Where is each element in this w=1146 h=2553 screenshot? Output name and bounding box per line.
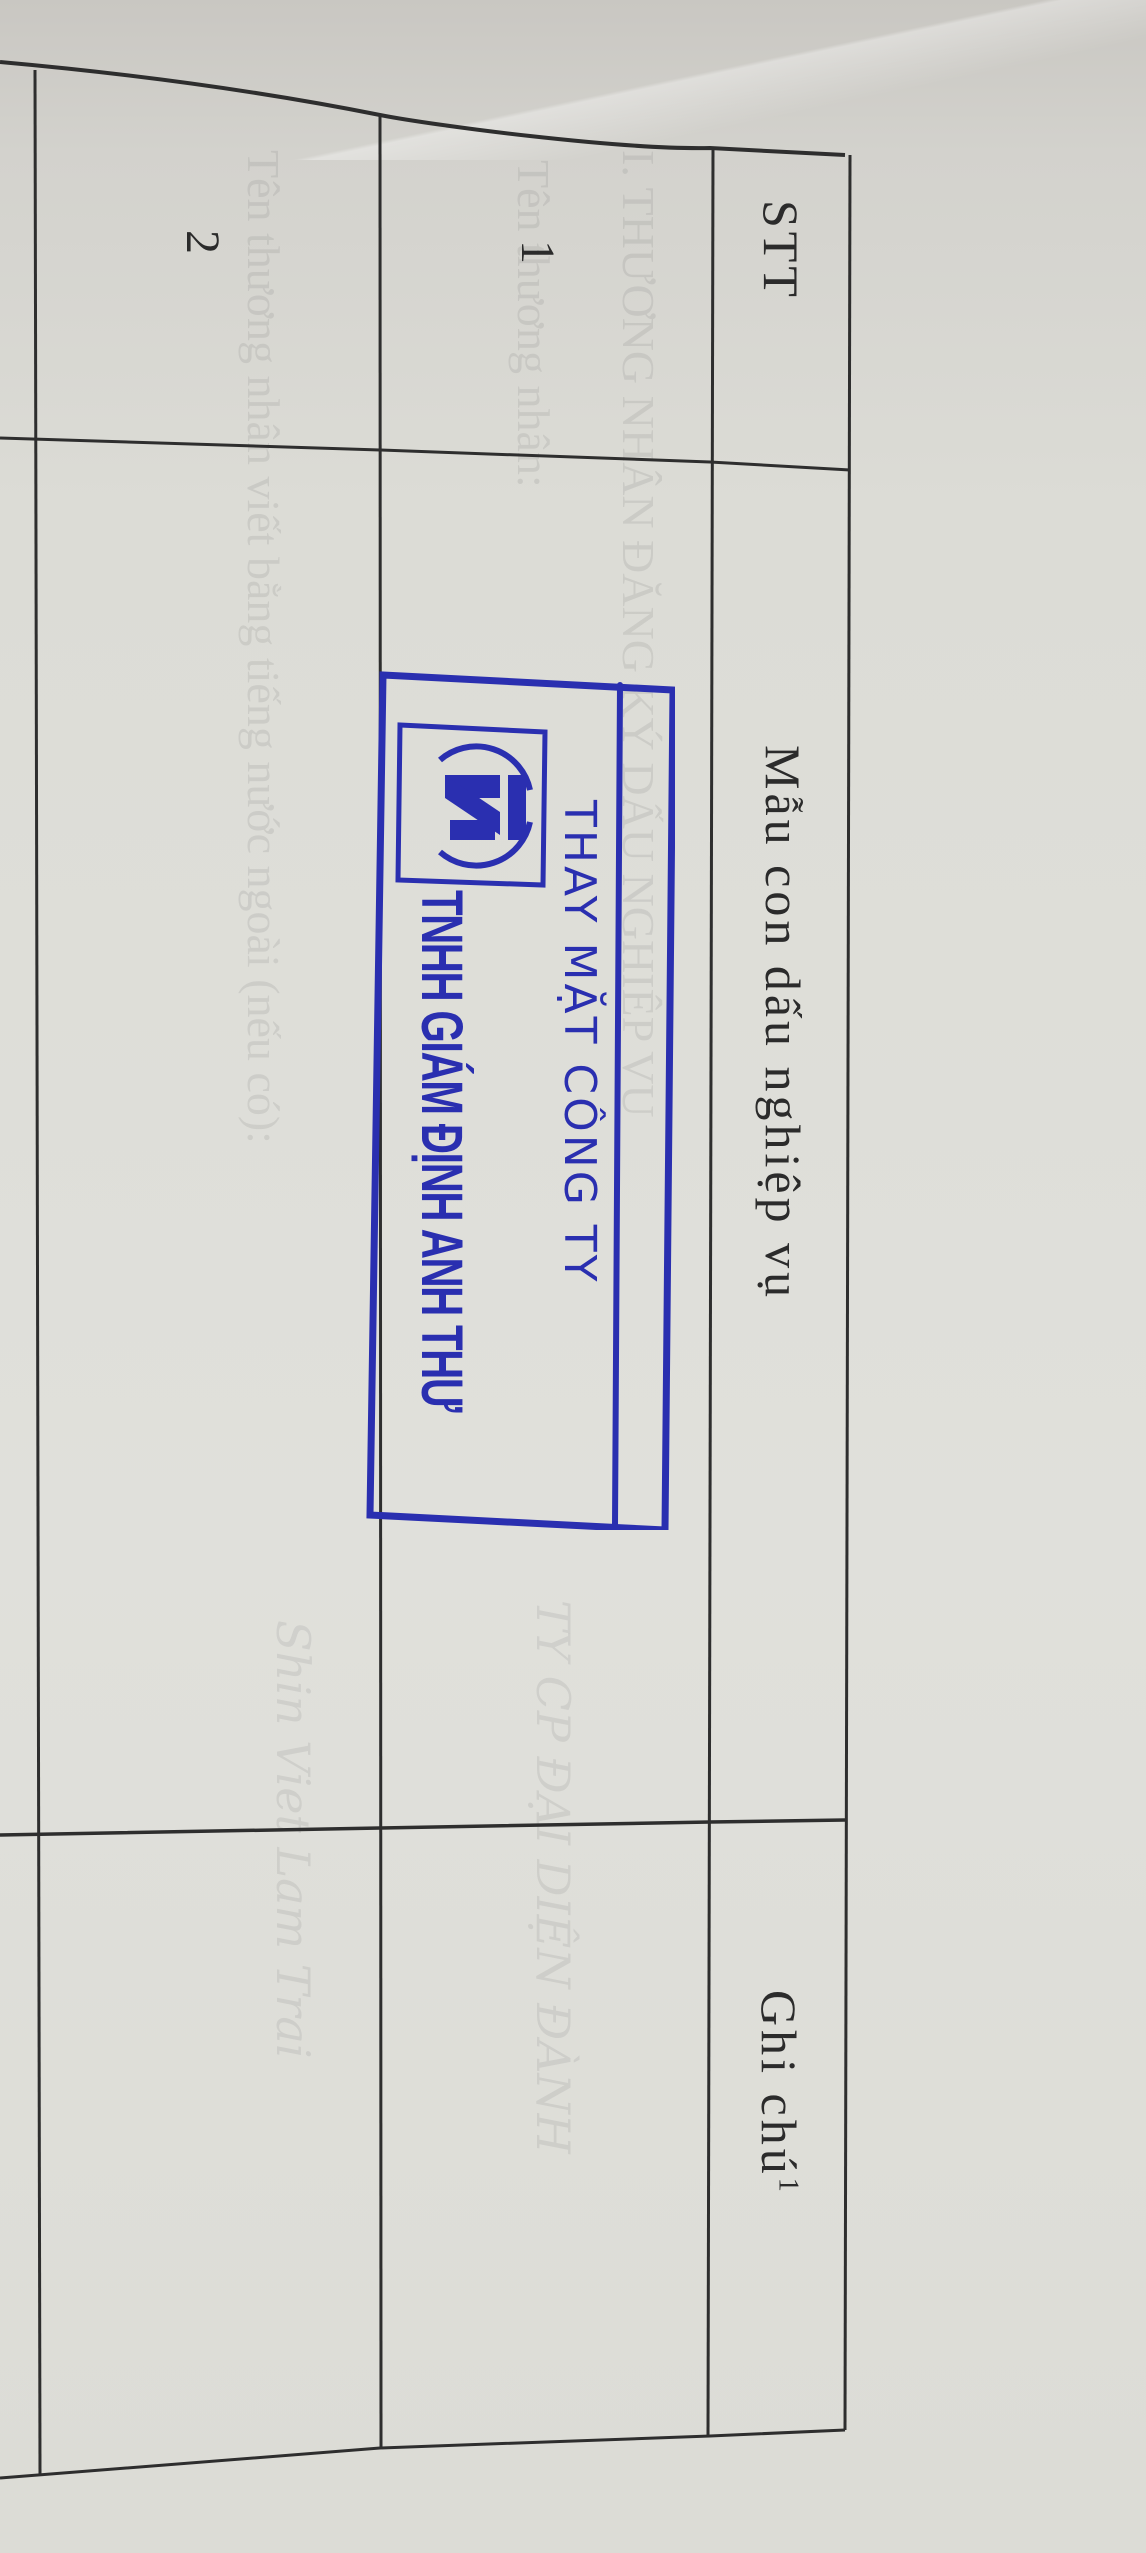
row-1-stt: 1 [510, 240, 565, 264]
header-note-label: Ghi chú [751, 1990, 807, 2178]
row-2-stt: 2 [175, 230, 230, 254]
stamp-top-line: THAY MẶT CÔNG TY [554, 800, 605, 1285]
anh-thu-logo-icon [400, 730, 550, 880]
header-stt: STT [752, 200, 810, 301]
header-stamp-sample: Mẫu con dấu nghiệp vụ [754, 745, 812, 1301]
stamp-company-name: TNHH GIÁM ĐỊNH ANH THƯ [408, 890, 475, 1411]
company-stamp: THAY MẶT CÔNG TY TNHH GIÁM ĐỊNH ANH THƯ [365, 670, 675, 1530]
header-note-footnote: 1 [773, 2178, 804, 2196]
header-note: Ghi chú1 [750, 1990, 808, 2196]
